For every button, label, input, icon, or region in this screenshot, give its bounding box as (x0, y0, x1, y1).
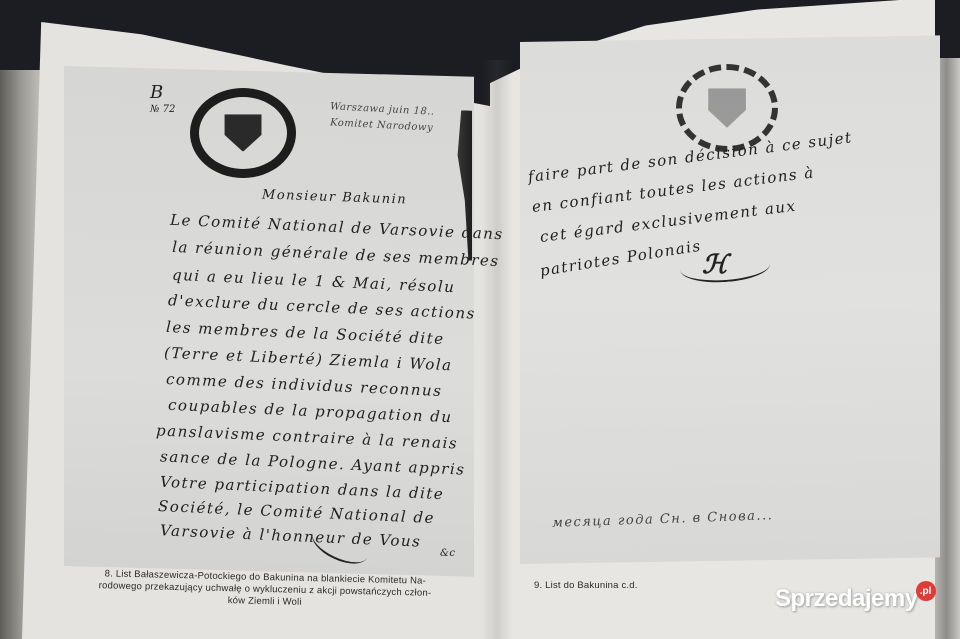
signature-glyph: ℋ (702, 250, 728, 280)
sprzedajemy-watermark: Sprzedajemy .pl (775, 585, 936, 613)
corner-mark-b: B (150, 82, 163, 103)
open-book-photo: B № 72 Warszawa juin 18.. Komitet Narodo… (0, 0, 960, 639)
seal-with-eagle-shield-icon (190, 88, 296, 178)
figure-9-caption: 9. List do Bakunina c.d. (534, 580, 638, 592)
book-gutter (482, 60, 512, 639)
shield-icon (708, 88, 746, 128)
watermark-badge-icon: .pl (916, 581, 936, 601)
corner-mark-number: № 72 (150, 104, 175, 115)
page-turn-mark: &c (440, 548, 456, 559)
watermark-text: Sprzedajemy (775, 585, 918, 613)
shield-icon (225, 114, 262, 151)
